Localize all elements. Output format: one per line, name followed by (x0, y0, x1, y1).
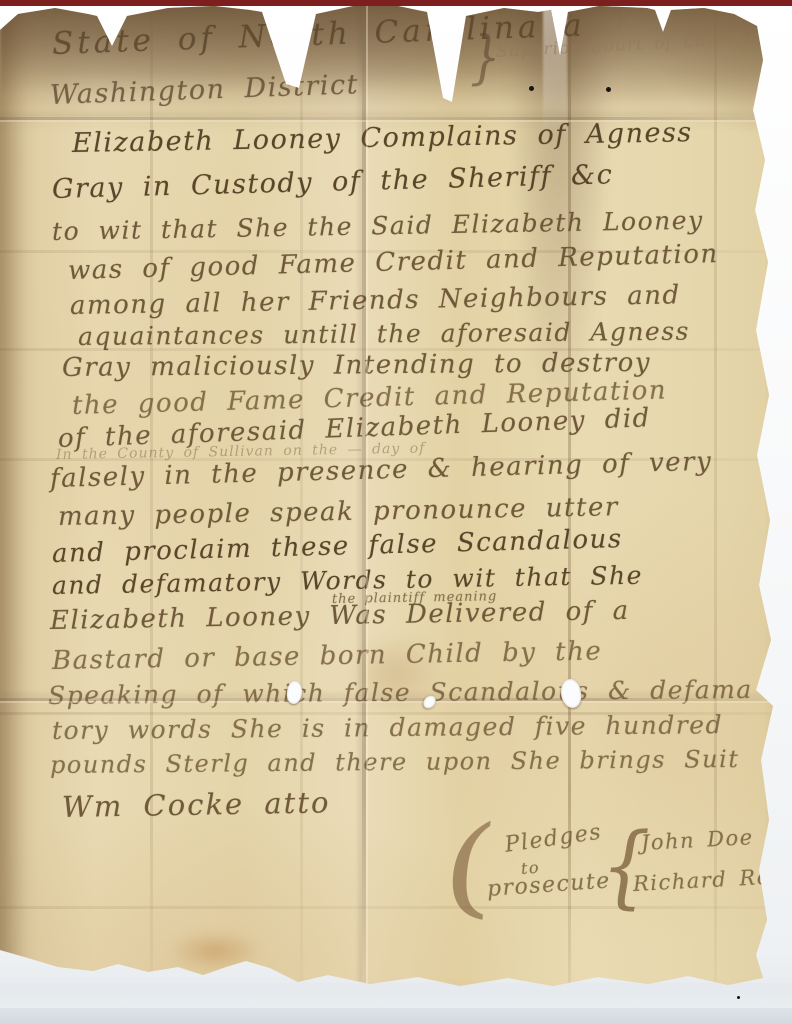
manuscript-line: was of good Fame Credit and Reputation (68, 239, 719, 286)
fold-crease-horizontal (0, 698, 772, 701)
pledge-name-john-doe: John Doe (640, 825, 754, 855)
pledge-word: Pledges (503, 820, 603, 858)
pledge-word-prosecute: prosecute (486, 868, 611, 902)
attorney-signature: Wm Cocke atto (62, 785, 331, 824)
fold-crease-horizontal (0, 458, 772, 461)
scanner-bottom-strip (0, 1008, 792, 1024)
manuscript-line: aquaintances untill the aforesaid Agness (78, 317, 690, 351)
scanner-shadow-band (0, 983, 792, 1009)
fold-crease-vertical (150, 6, 153, 984)
manuscript-line: Bastard or base born Child by the (52, 636, 603, 676)
ink-dot (529, 86, 534, 91)
fold-crease-vertical (568, 6, 571, 984)
fold-crease-horizontal (0, 906, 772, 909)
pledge-arc-glyph: ( (431, 804, 507, 934)
ink-dot (606, 87, 611, 92)
fold-crease-horizontal (0, 712, 772, 715)
fold-crease-horizontal (0, 117, 772, 120)
scan-top-edge-line (0, 0, 792, 6)
scan-speck (737, 996, 740, 999)
manuscript-line: Speaking of which false Scandalous & def… (48, 675, 753, 710)
manuscript-line: pounds Sterlg and there upon She brings … (50, 745, 740, 779)
fold-crease-vertical (362, 6, 366, 984)
fold-crease-vertical (714, 6, 717, 984)
manuscript-paper: State of North Carolina a } Superior Cou… (0, 0, 792, 1024)
fold-crease-horizontal (0, 250, 772, 253)
fold-crease-vertical (300, 6, 303, 984)
fold-crease-horizontal (0, 348, 772, 351)
document-scan: State of North Carolina a } Superior Cou… (0, 0, 792, 1024)
manuscript-line: Elizabeth Looney Was Delivered of a (50, 596, 630, 636)
